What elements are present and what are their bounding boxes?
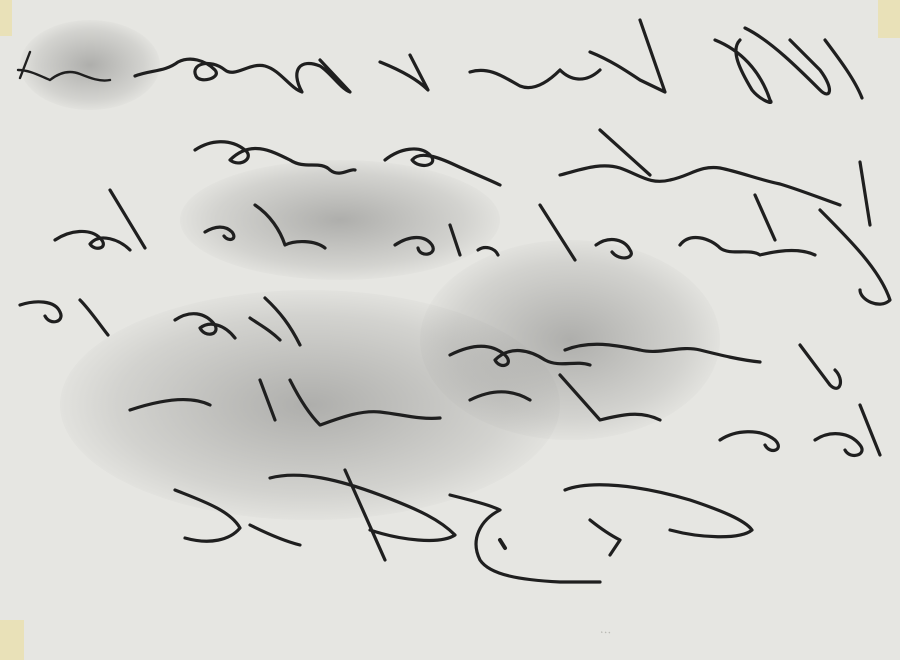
document-page: ... Dear ... I am ... ... the news ... (… [0,0,900,660]
handwriting-strokes [0,0,900,660]
faint-pencil-note: ... [600,622,612,636]
